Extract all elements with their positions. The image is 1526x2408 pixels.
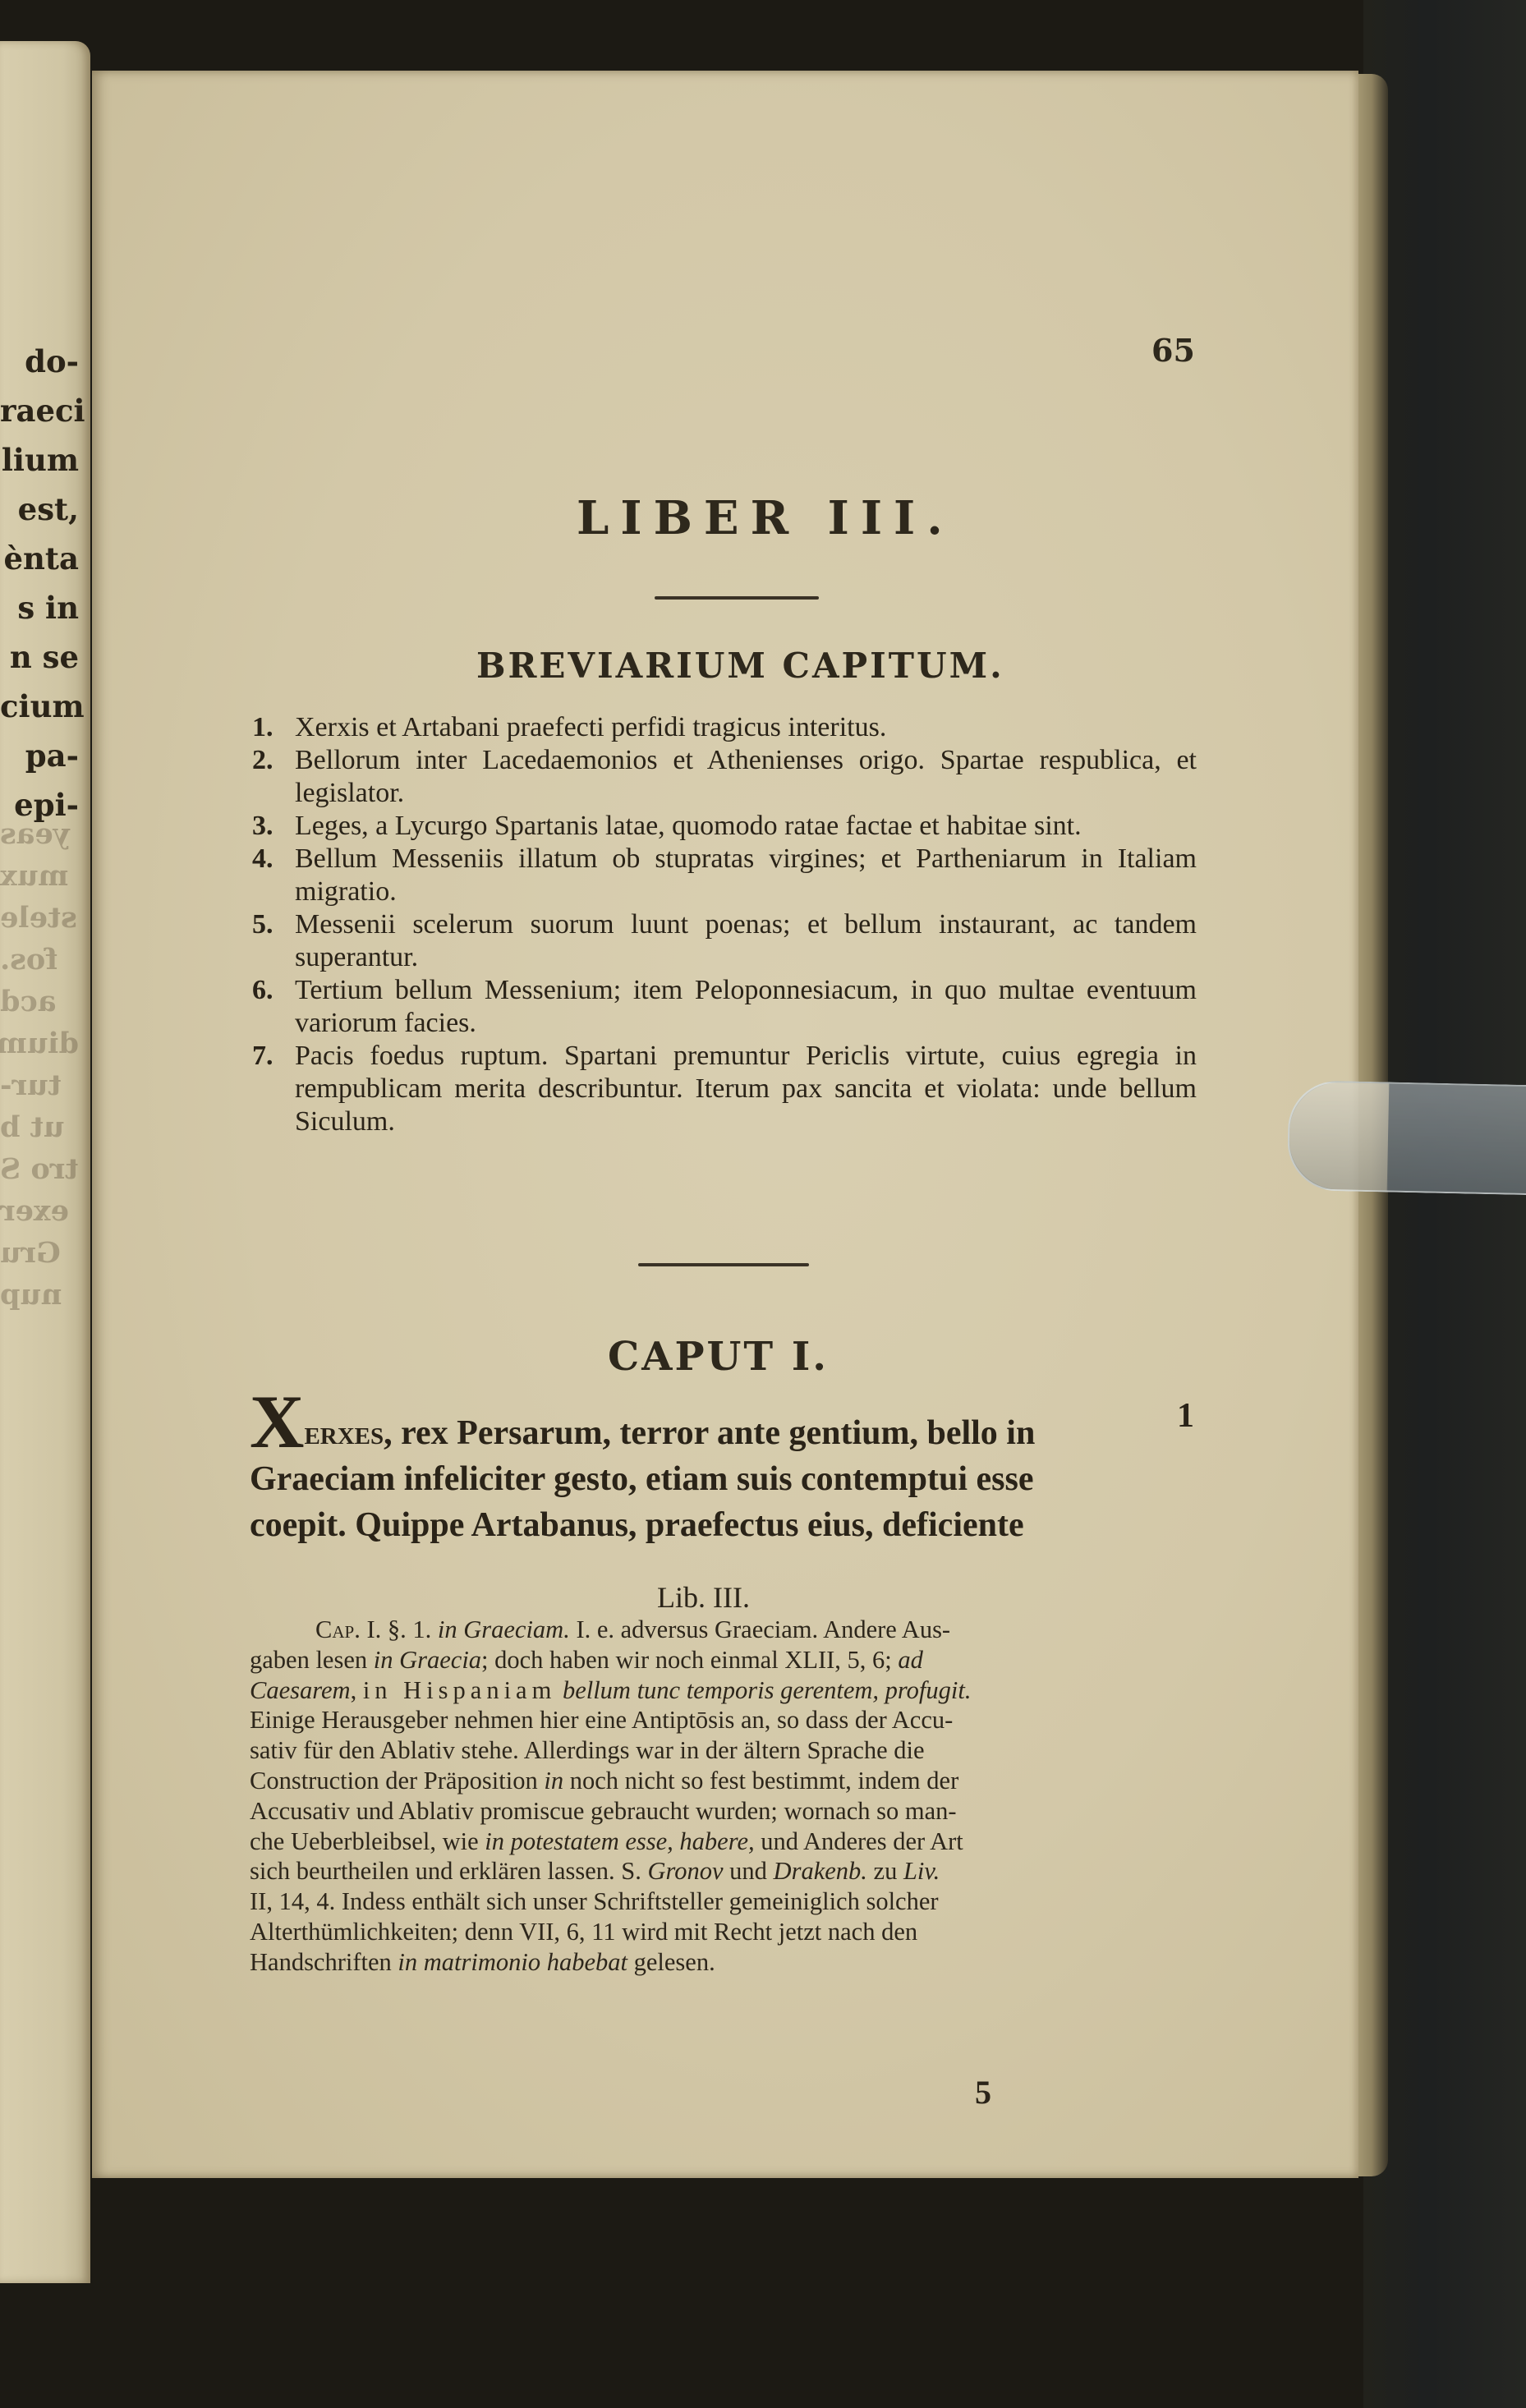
left-page-fragment: ènta	[0, 534, 79, 583]
footnote-text: ; doch haben wir noch einmal XLII, 5, 6;	[481, 1646, 898, 1674]
footnote-text: gaben lesen	[250, 1646, 374, 1674]
footnote-line: Einige Herausgeber nehmen hier eine Anti…	[250, 1705, 1190, 1735]
body-line-text: coepit. Quippe Artabanus, praefectus eiu…	[250, 1502, 1024, 1548]
footnote-italic-text: ad	[898, 1646, 923, 1674]
left-page-text-fragments: do-raeciliumest,èntas inn seciumpa-epi-	[0, 337, 79, 829]
summary-item: 3.Leges, a Lycurgo Spartanis latae, quom…	[252, 810, 1197, 843]
show-through-text: exer	[0, 1190, 79, 1232]
summary-item-text: Leges, a Lycurgo Spartanis latae, quomod…	[295, 810, 1197, 843]
footnote-italic-text: Liv.	[903, 1857, 940, 1885]
show-through-text: fos.	[0, 939, 79, 981]
footnote-text: I. e. adversus Graeciam. Andere Aus-	[570, 1615, 950, 1643]
body-line: Graeciam infeliciter gesto, etiam suis c…	[250, 1456, 1194, 1502]
footnote-italic-text: in potestatem esse, habere,	[485, 1827, 754, 1855]
footnote-text: in Hispaniam	[363, 1676, 557, 1704]
gathering-signature: 5	[975, 2073, 991, 2112]
chapter-body-text: Xerxes, rex Persarum, terror ante gentiu…	[250, 1393, 1194, 1548]
summary-item-text: Tertium bellum Messenium; item Peloponne…	[295, 974, 1197, 1040]
footnote-text: ,	[351, 1676, 363, 1704]
show-through-text: dium	[0, 1022, 79, 1064]
footnote-line: Alterthümlichkeiten; denn VII, 6, 11 wir…	[250, 1917, 1190, 1947]
footnote-text: Einige Herausgeber nehmen hier eine Anti…	[250, 1706, 953, 1734]
summary-item: 5.Messenii scelerum suorum luunt poenas;…	[252, 908, 1197, 974]
footnote-text: noch nicht so fest bestimmt, indem der	[563, 1767, 958, 1795]
left-page-fragment: n se	[0, 632, 79, 682]
footnote-text: Handschriften	[250, 1948, 398, 1976]
left-page-fragment: pa-	[0, 731, 79, 780]
left-page-fragment: est,	[0, 485, 79, 534]
summary-item: 7.Pacis foedus ruptum. Spartani premuntu…	[252, 1040, 1197, 1138]
footnote-text	[556, 1676, 563, 1704]
footnote-line: Caesarem, in Hispaniam bellum tunc tempo…	[250, 1675, 1190, 1706]
summary-item-number: 2.	[252, 744, 295, 810]
summary-item-text: Pacis foedus ruptum. Spartani premuntur …	[295, 1040, 1197, 1138]
left-page-edge: do-raeciliumest,èntas inn seciumpa-epi- …	[0, 41, 90, 2283]
footnote-line: Handschriften in matrimonio habebat gele…	[250, 1947, 1190, 1978]
divider-rule	[638, 1263, 809, 1266]
show-through-text: yeas	[0, 813, 79, 855]
summary-item-number: 7.	[252, 1040, 295, 1138]
summary-item-number: 6.	[252, 974, 295, 1040]
show-through-text: acd	[0, 981, 79, 1022]
footnote-italic-text: in matrimonio habebat	[398, 1948, 627, 1976]
footnote-text: sich beurtheilen und erklären lassen. S.	[250, 1857, 647, 1885]
first-word: erxes	[304, 1414, 384, 1452]
page-number: 65	[1151, 332, 1195, 369]
footnote-italic-text: in Graeciam.	[438, 1615, 570, 1643]
summary-item-number: 3.	[252, 810, 295, 843]
show-through-text: ut b	[0, 1106, 79, 1148]
footnote-text: che Ueberbleibsel, wie	[250, 1827, 485, 1855]
footnote-line: gaben lesen in Graecia; doch haben wir n…	[250, 1645, 1190, 1675]
footnote-text: Accusativ und Ablativ promiscue gebrauch…	[250, 1797, 957, 1825]
footnotes: Cap. I. §. 1. in Graeciam. I. e. adversu…	[250, 1615, 1190, 1978]
page-holder-clip	[1287, 1080, 1526, 1195]
section-number: 1	[1177, 1393, 1194, 1456]
footnote-line: sich beurtheilen und erklären lassen. S.…	[250, 1856, 1190, 1886]
show-through-text: Gru	[0, 1232, 79, 1274]
body-line: Xerxes, rex Persarum, terror ante gentiu…	[250, 1393, 1194, 1456]
body-line-text: , rex Persarum, terror ante gentium, bel…	[384, 1414, 1035, 1452]
footnote-italic-text: Caesarem	[250, 1676, 351, 1704]
breviarium-heading: BREVIARIUM CAPITUM.	[476, 646, 1004, 686]
footnote-line: II, 14, 4. Indess enthält sich unser Sch…	[250, 1886, 1190, 1917]
footnote-line: sativ für den Ablativ stehe. Allerdings …	[250, 1735, 1190, 1766]
summary-item: 2.Bellorum inter Lacedaemonios et Atheni…	[252, 744, 1197, 810]
footnote-text: Construction der Präposition	[250, 1767, 544, 1795]
drop-cap: X	[250, 1380, 304, 1464]
show-through-text: tro S	[0, 1148, 79, 1190]
footnote-text: Alterthümlichkeiten; denn VII, 6, 11 wir…	[250, 1918, 917, 1946]
book-title: LIBER III.	[577, 491, 954, 545]
footnote-text: und	[724, 1857, 774, 1885]
footnote-text: gelesen.	[627, 1948, 715, 1976]
footnote-line: che Ueberbleibsel, wie in potestatem ess…	[250, 1827, 1190, 1857]
footnote-line: Cap. I. §. 1. in Graeciam. I. e. adversu…	[250, 1615, 1190, 1645]
footnote-line: Accusativ und Ablativ promiscue gebrauch…	[250, 1796, 1190, 1827]
body-line-text: Graeciam infeliciter gesto, etiam suis c…	[250, 1456, 1034, 1502]
footnote-italic-text: in Graecia	[374, 1646, 481, 1674]
left-page-fragment: s in	[0, 583, 79, 632]
summary-item: 1.Xerxis et Artabani praefecti perfidi t…	[252, 711, 1197, 744]
footnote-text: II, 14, 4. Indess enthält sich unser Sch…	[250, 1887, 939, 1915]
footnote-line: Construction der Präposition in noch nic…	[250, 1766, 1190, 1796]
summary-item-number: 5.	[252, 908, 295, 974]
left-page-show-through: yeasmuxstelefos.acddiumtur-ut btro Sexer…	[0, 813, 79, 1316]
right-page: 65 LIBER III. BREVIARIUM CAPITUM. 1.Xerx…	[92, 71, 1358, 2178]
summary-item-text: Bellum Messeniis illatum ob stupratas vi…	[295, 843, 1197, 908]
left-page-fragment: cium	[0, 682, 79, 731]
running-signature-line: Lib. III.	[657, 1580, 750, 1615]
chapter-heading: CAPUT I.	[608, 1334, 829, 1380]
show-through-text: nup	[0, 1274, 79, 1316]
footnote-text: I. §. 1.	[361, 1615, 438, 1643]
summary-item-number: 1.	[252, 711, 295, 744]
summary-item: 4.Bellum Messeniis illatum ob stupratas …	[252, 843, 1197, 908]
left-page-fragment: raeci	[0, 386, 79, 435]
summary-item-text: Messenii scelerum suorum luunt poenas; e…	[295, 908, 1197, 974]
footnote-text: zu	[867, 1857, 903, 1885]
left-page-fragment: lium	[0, 435, 79, 485]
summary-item-text: Bellorum inter Lacedaemonios et Athenien…	[295, 744, 1197, 810]
body-line: coepit. Quippe Artabanus, praefectus eiu…	[250, 1502, 1194, 1548]
footnote-text: sativ für den Ablativ stehe. Allerdings …	[250, 1736, 925, 1764]
footnote-italic-text: bellum tunc temporis gerentem, profugit.	[563, 1676, 972, 1704]
summary-item-number: 4.	[252, 843, 295, 908]
footnote-italic-text: Drakenb.	[774, 1857, 867, 1885]
footnote-italic-text: in	[544, 1767, 563, 1795]
footnote-text: Cap.	[315, 1615, 361, 1643]
show-through-text: mux	[0, 855, 79, 897]
divider-rule	[655, 596, 819, 600]
show-through-text: tur-	[0, 1064, 79, 1106]
chapter-summary-list: 1.Xerxis et Artabani praefecti perfidi t…	[252, 711, 1197, 1138]
summary-item-text: Xerxis et Artabani praefecti perfidi tra…	[295, 711, 1197, 744]
summary-item: 6.Tertium bellum Messenium; item Pelopon…	[252, 974, 1197, 1040]
left-page-fragment: do-	[0, 337, 79, 386]
footnote-text: und Anderes der Art	[755, 1827, 963, 1855]
footnote-italic-text: Gronov	[647, 1857, 723, 1885]
show-through-text: stele	[0, 897, 79, 939]
